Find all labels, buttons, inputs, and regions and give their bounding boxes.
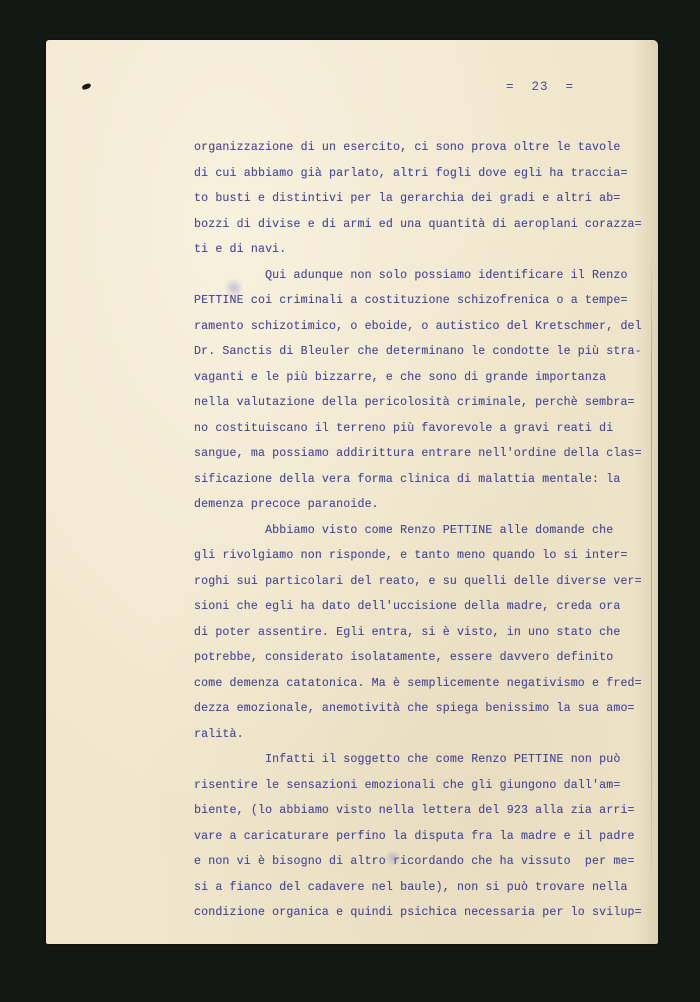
text-line: PETTINE coi criminali a costituzione sch… bbox=[194, 288, 664, 314]
text-line: sioni che egli ha dato dell'uccisione de… bbox=[194, 594, 664, 620]
text-line: dezza emozionale, anemotività che spiega… bbox=[194, 696, 664, 722]
text-line: condizione organica e quindi psichica ne… bbox=[194, 900, 664, 926]
text-line: Infatti il soggetto che come Renzo PETTI… bbox=[194, 747, 664, 773]
text-line: risentire le sensazioni emozionali che g… bbox=[194, 773, 664, 799]
text-line: no costituiscano il terreno più favorevo… bbox=[194, 416, 664, 442]
text-line: vaganti e le più bizzarre, e che sono di… bbox=[194, 365, 664, 391]
text-line: di cui abbiamo già parlato, altri fogli … bbox=[194, 161, 664, 187]
ink-smudge bbox=[224, 278, 244, 298]
page-number: = 23 = bbox=[506, 80, 574, 94]
text-line: demenza precoce paranoide. bbox=[194, 492, 664, 518]
document-page: = 23 = organizzazione di un esercito, ci… bbox=[46, 40, 658, 944]
text-line: Dr. Sanctis di Bleuler che determinano l… bbox=[194, 339, 664, 365]
page-fold-edge bbox=[651, 250, 652, 890]
text-line: vare a caricaturare perfino la disputa f… bbox=[194, 824, 664, 850]
text-line: potrebbe, considerato isolatamente, esse… bbox=[194, 645, 664, 671]
text-line: ralità. bbox=[194, 722, 664, 748]
text-line: sangue, ma possiamo addirittura entrare … bbox=[194, 441, 664, 467]
text-line: e non vi è bisogno di altro ricordando c… bbox=[194, 849, 664, 875]
text-line: ramento schizotimico, o eboide, o autist… bbox=[194, 314, 664, 340]
text-line: roghi sui particolari del reato, e su qu… bbox=[194, 569, 664, 595]
text-line: nella valutazione della pericolosità cri… bbox=[194, 390, 664, 416]
typewritten-text: organizzazione di un esercito, ci sono p… bbox=[194, 135, 664, 926]
text-line: Abbiamo visto come Renzo PETTINE alle do… bbox=[194, 518, 664, 544]
text-line: di poter assentire. Egli entra, si è vis… bbox=[194, 620, 664, 646]
text-line: organizzazione di un esercito, ci sono p… bbox=[194, 135, 664, 161]
text-line: come demenza catatonica. Ma è sempliceme… bbox=[194, 671, 664, 697]
text-line: biente, (lo abbiamo visto nella lettera … bbox=[194, 798, 664, 824]
text-line: sificazione della vera forma clinica di … bbox=[194, 467, 664, 493]
text-line: gli rivolgiamo non risponde, e tanto men… bbox=[194, 543, 664, 569]
text-line: to busti e distintivi per la gerarchia d… bbox=[194, 186, 664, 212]
text-line: Qui adunque non solo possiamo identifica… bbox=[194, 263, 664, 289]
punch-mark bbox=[81, 83, 91, 91]
text-line: ti e di navi. bbox=[194, 237, 664, 263]
ink-smudge bbox=[384, 850, 402, 866]
text-line: bozzi di divise e di armi ed una quantit… bbox=[194, 212, 664, 238]
text-line: si a fianco del cadavere nel baule), non… bbox=[194, 875, 664, 901]
